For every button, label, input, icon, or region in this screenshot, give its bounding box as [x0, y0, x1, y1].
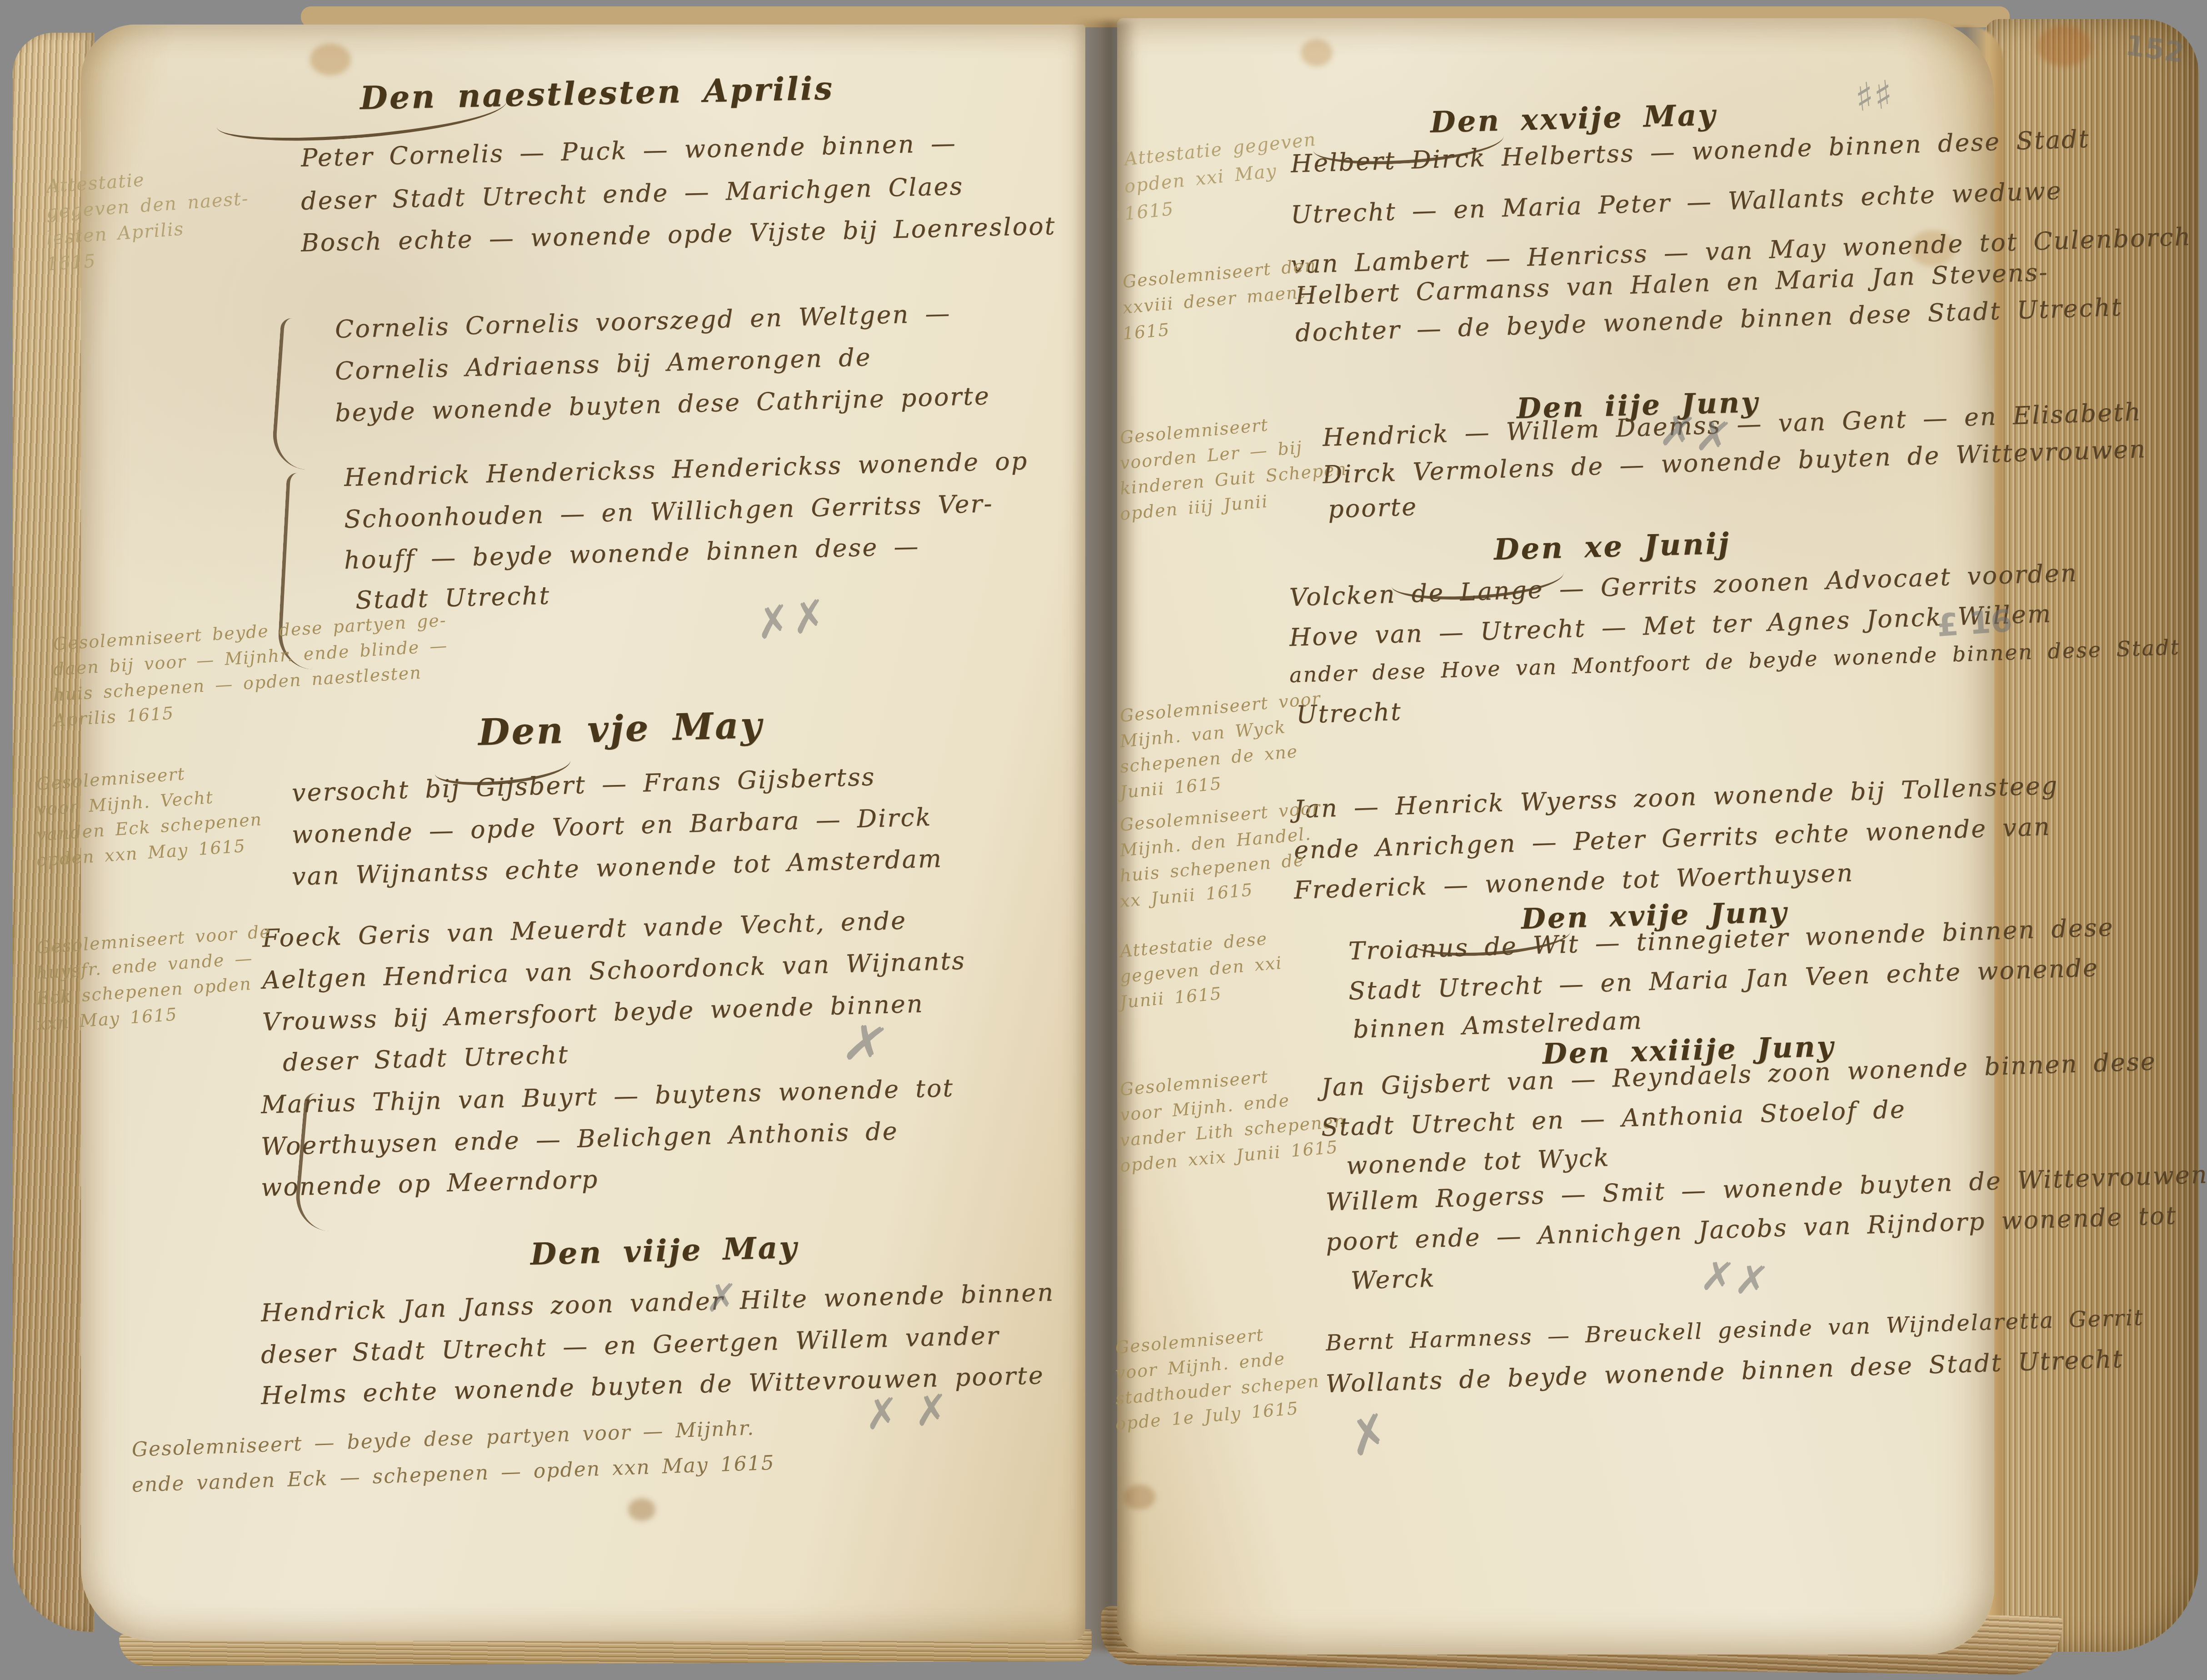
page-number: 152 — [2124, 31, 2186, 67]
pencil-mark: ✗✗ — [1657, 408, 1734, 461]
margin-note-line: 1615 — [46, 252, 97, 274]
date-heading: Den vje May — [478, 707, 764, 750]
photo-background: Den naestlesten Aprilis Attestatie gegev… — [0, 0, 2207, 1680]
date-heading: Den naestlesten Aprilis — [360, 72, 834, 114]
paper-stain — [310, 44, 351, 75]
book: Den naestlesten Aprilis Attestatie gegev… — [10, 3, 2199, 1677]
margin-note-line: 1615 — [1122, 321, 1171, 342]
pencil-mark: ✗✗ — [752, 594, 830, 646]
date-heading: Den xxvije May — [1430, 101, 1717, 137]
manuscript-line: Stadt Utrecht — [355, 584, 550, 613]
paper-stain — [1301, 39, 1333, 66]
manuscript-line: poorte — [1328, 495, 1418, 522]
pencil-mark: ✗ — [705, 1279, 738, 1318]
manuscript-line: Werck — [1350, 1266, 1436, 1293]
paper-stain — [1123, 1485, 1155, 1510]
pencil-mark: £ 16 — [1936, 606, 2013, 642]
pencil-mark: ✗✗ — [1698, 1255, 1771, 1303]
margin-note-line: 1615 — [1123, 200, 1175, 223]
paper-stain — [628, 1498, 655, 1521]
pencil-mark: ♯♯ — [1853, 75, 1895, 118]
pencil-mark: ✗ ✗ — [863, 1389, 950, 1436]
paper-stain — [2037, 25, 2092, 66]
date-heading: Den xe Junij — [1493, 529, 1731, 565]
date-heading: Den viije May — [530, 1232, 799, 1269]
